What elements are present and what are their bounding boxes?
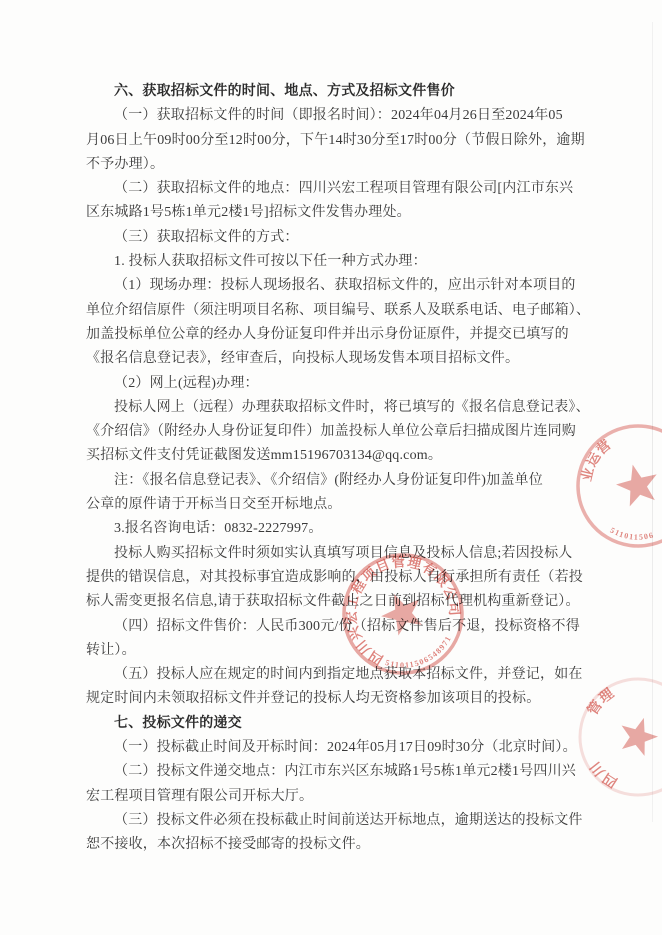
- text-line: 投标人购买招标文件时须如实认真填写项目信息及投标人信息;若因投标人: [86, 542, 562, 566]
- text-line: （二）投标文件递交地点：内江市东兴区东城路1号5栋1单元2楼1号四川兴: [86, 760, 562, 784]
- text-line: （三）投标文件必须在投标截止时间前送达开标地点，逾期送达的投标文件: [86, 809, 562, 833]
- text-line: （二）获取招标文件的地点：四川兴宏工程项目管理有限公司[内江市东兴: [86, 177, 562, 201]
- seal-arc-text: 业运营: [570, 434, 622, 486]
- scanned-document-page: 六、获取招标文件的时间、地点、方式及招标文件售价（一）获取招标文件的时间（即报名…: [0, 0, 662, 935]
- text-line: 规定时间内未领取招标文件并登记的投标人均无资格参加该项目的投标。: [86, 687, 562, 711]
- text-line: 区东城路1号5栋1单元2楼1号]招标文件发售办理处。: [86, 201, 562, 225]
- text-line: 加盖投标单位公章的经办人身份证复印件并出示身份证原件，并提交已填写的: [86, 323, 562, 347]
- text-line: （1）现场办理：投标人现场报名、获取招标文件的，应出示针对本项目的: [86, 274, 562, 298]
- text-line: 买招标文件支付凭证截图发送mm15196703134@qq.com。: [86, 444, 562, 468]
- text-line: 提供的错误信息，对其投标事宜造成影响的，由投标人自行承担所有责任（若投: [86, 566, 562, 590]
- document-body: 六、获取招标文件的时间、地点、方式及招标文件售价（一）获取招标文件的时间（即报名…: [86, 80, 562, 858]
- text-line: 单位介绍信原件（须注明项目名称、项目编号、联系人及联系电话、电子邮箱）、: [86, 299, 562, 323]
- scan-edge-line: [652, 22, 653, 822]
- text-line: （三）获取招标文件的方式：: [86, 226, 562, 250]
- text-line: 宏工程项目管理有限公司开标大厅。: [86, 785, 562, 809]
- text-line: 3.报名咨询电话：0832-2227997。: [86, 517, 562, 541]
- text-line: （一）获取招标文件的时间（即报名时间）：2024年04月26日至2024年05: [86, 104, 562, 128]
- star-icon: [612, 460, 662, 509]
- text-line: 1. 投标人获取招标文件可按以下任一种方式办理：: [86, 250, 562, 274]
- text-line: 标人需变更报名信息,请于获取招标文件截止之日前到招标代理机构重新登记）。: [86, 590, 562, 614]
- text-line: 《报名信息登记表》，经审查后，向投标人现场发售本项目招标文件。: [86, 347, 562, 371]
- text-line: 注：《报名信息登记表》、《介绍信》(附经办人身份证复印件)加盖单位: [86, 469, 562, 493]
- svg-text:四川: 四川: [584, 755, 623, 791]
- text-line: （五）投标人应在规定的时间内到指定地点获取本招标文件，并登记，如在: [86, 663, 562, 687]
- text-line: 六、获取招标文件的时间、地点、方式及招标文件售价: [86, 80, 562, 104]
- text-line: 月06日上午09时00分至12时00分，下午14时30分至17时00分（节假日除…: [86, 129, 562, 153]
- text-line: 恕不接收，本次招标不接受邮寄的投标文件。: [86, 833, 562, 857]
- seal-border: [565, 413, 662, 558]
- svg-text:管理: 管理: [584, 681, 621, 721]
- text-line: （四）招标文件售价：人民币300元/份（招标文件售后不退，投标资格不得: [86, 615, 562, 639]
- seal-fragment-top: 管理: [584, 681, 621, 721]
- text-line: 投标人网上（远程）办理获取招标文件时，将已填写的《报名信息登记表》、: [86, 396, 562, 420]
- star-icon: [611, 710, 662, 762]
- svg-text:业运营: 业运营: [570, 434, 622, 486]
- text-line: 公章的原件请于开标当日交至开标地点。: [86, 493, 562, 517]
- svg-text:511011506: 511011506: [607, 516, 655, 549]
- seal-fragment-bottom: 四川: [584, 755, 623, 791]
- text-line: （一）投标截止时间及开标时间：2024年05月17日09时30分（北京时间）。: [86, 736, 562, 760]
- text-line: （2）网上(远程)办理：: [86, 372, 562, 396]
- text-line: 七、投标文件的递交: [86, 712, 562, 736]
- text-line: 《介绍信》（附经办人身份证复印件）加盖投标人单位公章后扫描成图片连同购: [86, 420, 562, 444]
- text-line: 不予办理）。: [86, 153, 562, 177]
- text-line: 转让）。: [86, 639, 562, 663]
- seal-number-text: 511011506: [607, 516, 655, 549]
